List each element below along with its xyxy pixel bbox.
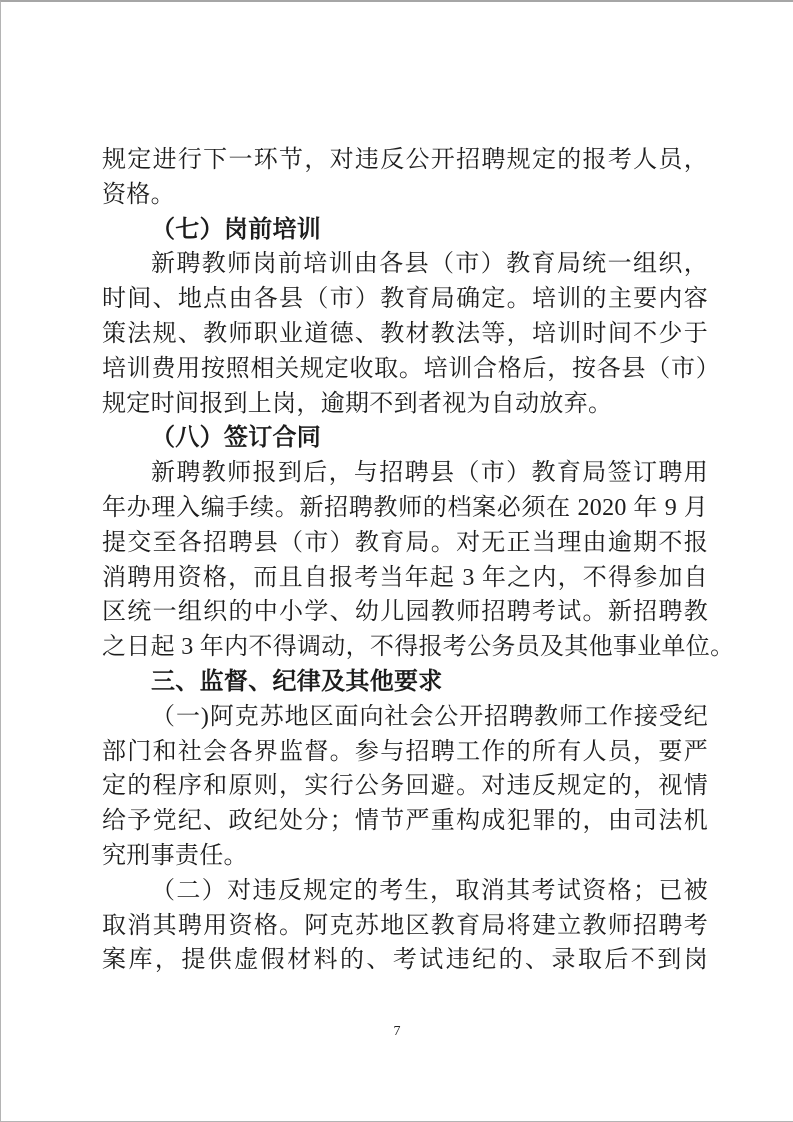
text-line: 给予党纪、政纪处分；情节严重构成犯罪的，由司法机关依法追 [102, 804, 708, 839]
text-line: 取消其聘用资格。阿克苏地区教育局将建立教师招聘考试诚信档 [102, 909, 708, 944]
page-number: 7 [1, 1022, 793, 1042]
text-line: 消聘用资格，而且自报考当年起 3 年之内，不得参加自治区、地 [102, 561, 708, 596]
text-line: 资格。 [102, 178, 708, 213]
text-line: 新聘教师岗前培训由各县（市）教育局统一组织，具体培训 [102, 247, 708, 282]
text-line: 究刑事责任。 [102, 839, 708, 874]
text-line: 提交至各招聘县（市）教育局。对无正当理由逾期不报到者，取 [102, 526, 708, 561]
text-line: 策法规、教师职业道德、教材教法等，培训时间不少于 80 学时， [102, 317, 708, 352]
text-line: 时间、地点由各县（市）教育局确定。培训的主要内容是教育政 [102, 282, 708, 317]
text-line: 培训费用按照相关规定收取。培训合格后，按各县（市）教育局 [102, 352, 708, 387]
text-line: 年办理入编手续。新招聘教师的档案必须在 2020 年 9 月 30 日前 [102, 491, 708, 526]
document-body: 规定进行下一环节，对违反公开招聘规定的报考人员，取消聘用资格。（七）岗前培训新聘… [102, 143, 708, 978]
text-line: 之日起 3 年内不得调动，不得报考公务员及其他事业单位。 [102, 630, 708, 665]
heading-line: 三、监督、纪律及其他要求 [102, 665, 708, 700]
text-line: 部门和社会各界监督。参与招聘工作的所有人员，要严格执行规 [102, 735, 708, 770]
text-line: （二）对违反规定的考生，取消其考试资格；已被聘用的， [102, 874, 708, 909]
text-line: 定的程序和原则，实行公务回避。对违反规定的，视情节轻重， [102, 769, 708, 804]
text-line: 区统一组织的中小学、幼儿园教师招聘考试。新招聘教师自上岗 [102, 595, 708, 630]
text-line: 规定进行下一环节，对违反公开招聘规定的报考人员，取消聘用 [102, 143, 708, 178]
heading-line: （七）岗前培训 [102, 213, 708, 248]
text-line: 案库，提供虚假材料的、考试违纪的、录取后不到岗的、逾期不 [102, 943, 708, 978]
text-line: （一)阿克苏地区面向社会公开招聘教师工作接受纪检监察 [102, 700, 708, 735]
text-line: 规定时间报到上岗，逾期不到者视为自动放弃。 [102, 387, 708, 422]
text-line: 新聘教师报到后，与招聘县（市）教育局签订聘用合同,当 [102, 456, 708, 491]
heading-line: （八）签订合同 [102, 421, 708, 456]
document-page: 规定进行下一环节，对违反公开招聘规定的报考人员，取消聘用资格。（七）岗前培训新聘… [0, 0, 793, 1122]
